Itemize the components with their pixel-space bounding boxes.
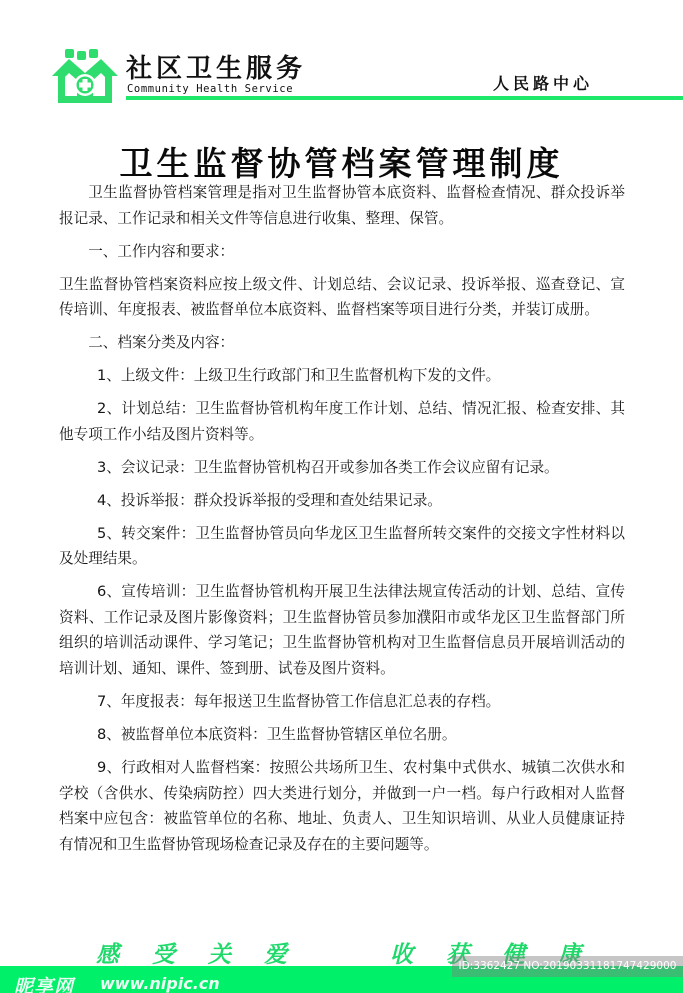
list-item: 6、宣传培训：卫生监督协管机构开展卫生法律法规宣传活动的计划、总结、宣传资料、工… bbox=[59, 579, 625, 681]
list-item: 1、上级文件：上级卫生行政部门和卫生监督机构下发的文件。 bbox=[59, 363, 625, 389]
watermark-logo: 昵享网 bbox=[14, 972, 74, 993]
brand-name-chinese: 社区卫生服务 bbox=[126, 54, 306, 84]
center-name: 人民路中心 bbox=[493, 74, 593, 94]
section-heading-work-content: 一、工作内容和要求： bbox=[59, 239, 625, 265]
list-item: 7、年度报表：每年报送卫生监督协管工作信息汇总表的存档。 bbox=[59, 689, 625, 715]
list-item: 9、行政相对人监督档案：按照公共场所卫生、农村集中式供水、城镇二次供水和学校（含… bbox=[59, 755, 625, 857]
header: 社区卫生服务 Community Health Service 人民路中心 bbox=[0, 0, 683, 110]
document-body: 卫生监督协管档案管理是指对卫生监督协管本底资料、监督检查情况、群众投诉举报记录、… bbox=[59, 180, 625, 865]
watermark-id: ID:3362427 NO:20190331181747429000 bbox=[452, 956, 683, 977]
community-health-logo-icon bbox=[52, 46, 118, 104]
list-item: 5、转交案件：卫生监督协管员向华龙区卫生监督所转交案件的交接文字性材料以及处理结… bbox=[59, 521, 625, 572]
list-item: 3、会议记录：卫生监督协管机构召开或参加各类工作会议应留有记录。 bbox=[59, 455, 625, 481]
footer: 感受关爱 收获健康 昵享网 www.nipic.cn ID:3362427 NO… bbox=[0, 940, 683, 993]
brand-name-english: Community Health Service bbox=[127, 83, 293, 95]
section-body-work-content: 卫生监督协管档案资料应按上级文件、计划总结、会议记录、投诉举报、巡查登记、宣传培… bbox=[59, 272, 625, 323]
header-divider bbox=[126, 96, 683, 100]
list-item: 8、被监督单位本底资料：卫生监督协管辖区单位名册。 bbox=[59, 722, 625, 748]
list-item: 4、投诉举报：群众投诉举报的受理和查处结果记录。 bbox=[59, 488, 625, 514]
slogan-feel-care: 感受关爱 bbox=[96, 940, 320, 970]
list-item: 2、计划总结：卫生监督协管机构年度工作计划、总结、情况汇报、检查安排、其他专项工… bbox=[59, 396, 625, 447]
section-heading-archive-categories: 二、档案分类及内容： bbox=[59, 330, 625, 356]
intro-paragraph: 卫生监督协管档案管理是指对卫生监督协管本底资料、监督检查情况、群众投诉举报记录、… bbox=[59, 180, 625, 231]
watermark-url: www.nipic.cn bbox=[100, 974, 220, 993]
